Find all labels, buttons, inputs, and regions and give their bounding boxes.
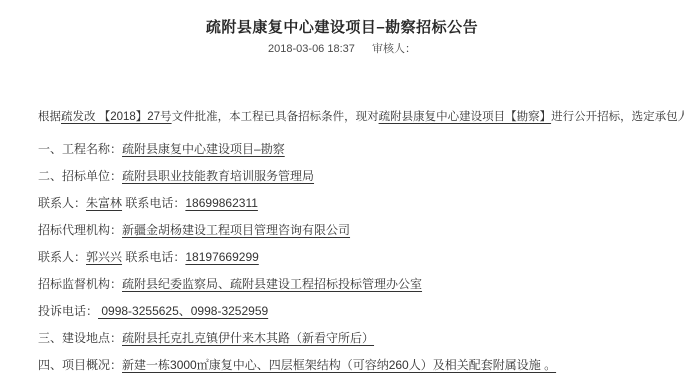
reviewer-label: 审核人： [372, 43, 416, 55]
publish-datetime: 2018-03-06 18:37 [268, 43, 355, 55]
underlined-value: 疏附县康复中心建设项目【勘察】 [379, 111, 552, 123]
content-line: 四、项目概况：新建一栋3000㎡康复中心、四层框架结构（可容纳260人）及相关配… [38, 357, 678, 373]
underlined-value: 新建一栋3000㎡康复中心、四层框架结构（可容纳260人）及相关配套附属设施 。 [122, 358, 556, 372]
content-line: 二、招标单位：疏附县职业技能教育培训服务管理局 [38, 168, 678, 184]
content-line: 联系人：郭兴兴 联系电话：18197669299 [38, 249, 678, 265]
label-text: 招标代理机构： [38, 223, 122, 237]
label-text: 联系电话： [122, 196, 185, 210]
page-title: 疏附县康复中心建设项目–勘察招标公告 [0, 0, 684, 36]
content-line: 招标监督机构：疏附县纪委监察局、疏附县建设工程招标投标管理办公室 [38, 276, 678, 292]
label-text: 四、项目概况： [38, 358, 122, 372]
announcement-content: 根据疏发改 【2018】27号文件批准，本工程已具备招标条件，现对疏附县康复中心… [38, 109, 684, 373]
underlined-value: 朱富林 [86, 196, 122, 210]
content-line: 投诉电话： 0998-3255625、0998-3252959 [38, 303, 678, 319]
meta-line: 2018-03-06 18:37 审核人： [0, 43, 684, 56]
label-text: 联系人： [38, 250, 86, 264]
content-line: 招标代理机构：新疆金胡杨建设工程项目管理咨询有限公司 [38, 222, 678, 238]
underlined-value: 18197669299 [185, 250, 258, 264]
underlined-value: 疏附县职业技能教育培训服务管理局 [122, 169, 314, 183]
label-text: 进行公开招标，选定承包人。 [551, 111, 684, 123]
label-text: 根据 [38, 111, 61, 123]
label-text: 文件批准，本工程已具备招标条件，现对 [172, 111, 379, 123]
label-text: 三、建设地点： [38, 331, 122, 345]
intro-paragraph: 根据疏发改 【2018】27号文件批准，本工程已具备招标条件，现对疏附县康复中心… [38, 109, 678, 125]
underlined-value: 0998-3255625、0998-3252959 [98, 304, 268, 318]
underlined-value: 疏发改 【2018】27号 [61, 111, 172, 123]
label-text: 一、工程名称： [38, 142, 122, 156]
label-text: 二、招标单位： [38, 169, 122, 183]
underlined-value: 18699862311 [185, 196, 258, 210]
underlined-value: 疏附县纪委监察局、疏附县建设工程招标投标管理办公室 [122, 277, 422, 291]
label-text: 投诉电话： [38, 304, 98, 318]
underlined-value: 新疆金胡杨建设工程项目管理咨询有限公司 [122, 223, 350, 237]
announcement-page: 疏附县康复中心建设项目–勘察招标公告 2018-03-06 18:37 审核人：… [0, 0, 684, 378]
underlined-value: 疏附县康复中心建设项目–勘察 [122, 142, 285, 156]
content-line: 三、建设地点：疏附县托克扎克镇伊什来木其路（新看守所后） [38, 330, 678, 346]
label-text: 联系电话： [122, 250, 185, 264]
underlined-value: 疏附县托克扎克镇伊什来木其路（新看守所后） [122, 331, 374, 345]
underlined-value: 郭兴兴 [86, 250, 122, 264]
label-text: 联系人： [38, 196, 86, 210]
label-text: 招标监督机构： [38, 277, 122, 291]
content-line: 一、工程名称：疏附县康复中心建设项目–勘察 [38, 141, 678, 157]
content-line: 联系人：朱富林 联系电话：18699862311 [38, 195, 678, 211]
